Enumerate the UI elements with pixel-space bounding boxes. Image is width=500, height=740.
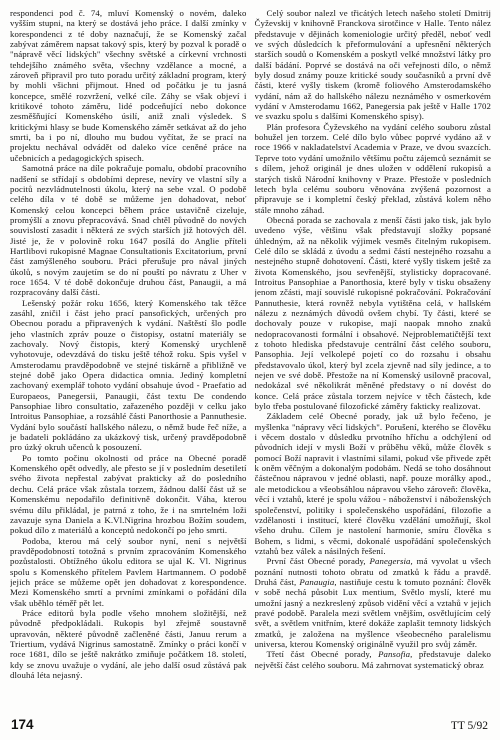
left-column: respondenci pod č. 74, mluví Komenský o … bbox=[10, 8, 247, 702]
text-run: Třetí část Obecné porady, bbox=[267, 649, 379, 659]
text-run: První část Obecné porady, bbox=[267, 556, 370, 566]
paragraph: Základem celé Obecné porady, jak už bylo… bbox=[255, 411, 492, 556]
paragraph: Samotná práce na díle pokračuje pomalu, … bbox=[10, 163, 247, 297]
paragraph: Obecná porada se zachovala z menší části… bbox=[255, 215, 492, 412]
paragraph: respondenci pod č. 74, mluví Komenský o … bbox=[10, 8, 247, 163]
page-number: 174 bbox=[11, 717, 34, 732]
journal-issue-ref: TT 5/92 bbox=[451, 720, 488, 732]
work-title: Panegersia bbox=[369, 556, 410, 566]
paragraph: První část Obecné porady, Panegersia, má… bbox=[255, 556, 492, 649]
paragraph: Třetí část Obecné porady, Pansofia, před… bbox=[255, 649, 492, 670]
document-page: respondenci pod č. 74, mluví Komenský o … bbox=[0, 0, 500, 740]
text-run: , nastiňuje cestu k tomuto poznání: člov… bbox=[255, 577, 492, 649]
work-title: Pansofia bbox=[378, 649, 410, 659]
paragraph: Práce editorů byla podle všeho mnohem sl… bbox=[10, 608, 247, 680]
text-columns: respondenci pod č. 74, mluví Komenský o … bbox=[0, 0, 500, 702]
paragraph: Lešenský požár roku 1656, který Komenské… bbox=[10, 298, 247, 453]
work-title: Panaugia bbox=[299, 577, 334, 587]
paragraph: Plán profesora Čyževského na vydání celé… bbox=[255, 122, 492, 215]
page-footer: 174 TT 5/92 bbox=[0, 717, 500, 732]
right-column: Celý soubor nalezl ve třicátých letech n… bbox=[255, 8, 492, 702]
paragraph: Celý soubor nalezl ve třicátých letech n… bbox=[255, 8, 492, 122]
paragraph: Podoba, kterou má celý soubor nyní, není… bbox=[10, 536, 247, 608]
paragraph: Po tomto počinu okolnosti od práce na Ob… bbox=[10, 453, 247, 536]
